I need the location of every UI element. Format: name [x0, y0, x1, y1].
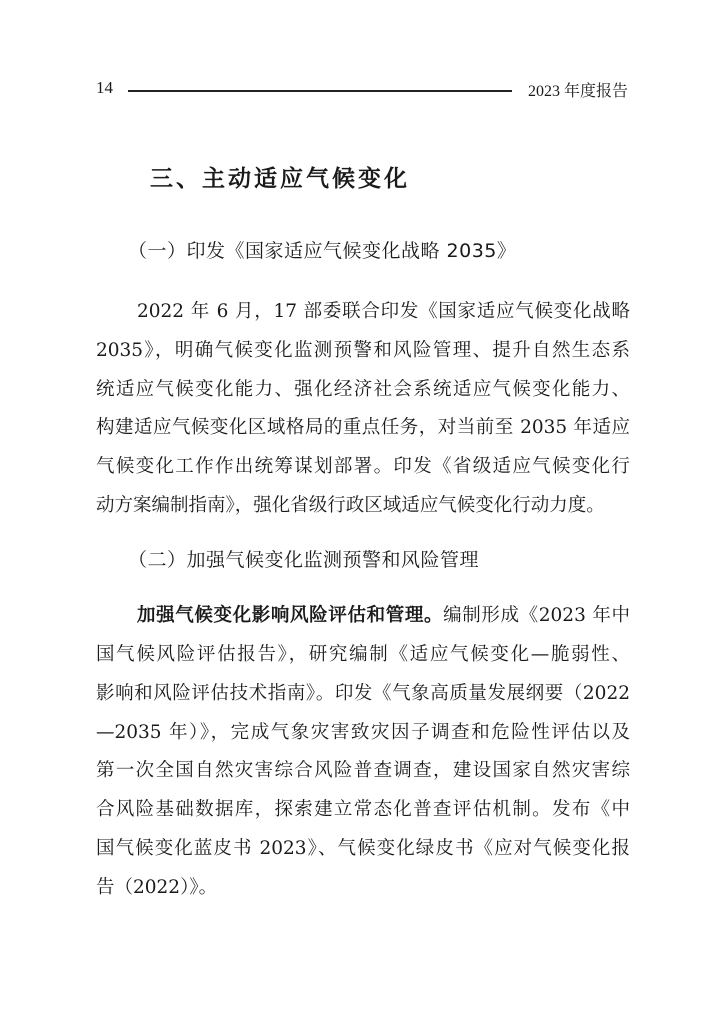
page-number: 14 [96, 78, 113, 98]
paragraph-line: 气候变化工作作出统筹谋划部署。印发《省级适应气候变化行 [96, 452, 630, 478]
paragraph-line: —2035 年）》，完成气象灾害致灾因子调查和危险性评估以及 [96, 718, 630, 744]
paragraph-line: 国气候变化蓝皮书 2023》、气候变化绿皮书《应对气候变化报 [96, 834, 630, 860]
paragraph-line: 2035》，明确气候变化监测预警和风险管理、提升自然生态系 [96, 336, 630, 362]
paragraph-line: 统适应气候变化能力、强化经济社会系统适应气候变化能力、 [96, 375, 630, 401]
paragraph-line: 构建适应气候变化区域格局的重点任务，对当前至 2035 年适应 [96, 413, 630, 439]
subsection-heading-1: （一）印发《国家适应气候变化战略 2035》 [128, 236, 516, 263]
paragraph-line-lead: 加强气候变化影响风险评估和管理。编制形成《2023 年中 [137, 601, 630, 627]
section-title: 三、主动适应气候变化 [150, 160, 410, 193]
header-rule [128, 90, 512, 92]
lead-rest: 编制形成《2023 年中 [443, 605, 630, 626]
paragraph-line: 合风险基础数据库，探索建立常态化普查评估机制。发布《中 [96, 795, 630, 821]
report-title: 2023 年度报告 [528, 78, 628, 101]
paragraph-line: 影响和风险评估技术指南》。印发《气象高质量发展纲要（2022 [96, 679, 630, 705]
paragraph-line: 告（2022）》。 [96, 873, 630, 899]
subsection-heading-2: （二）加强气候变化监测预警和风险管理 [128, 545, 479, 572]
paragraph-line: 动方案编制指南》，强化省级行政区域适应气候变化行动力度。 [96, 491, 630, 517]
paragraph-line: 2022 年 6 月，17 部委联合印发《国家适应气候变化战略 [137, 297, 630, 323]
paragraph-line: 第一次全国自然灾害综合风险普查调查，建设国家自然灾害综 [96, 756, 630, 782]
bold-lead: 加强气候变化影响风险评估和管理。 [137, 605, 443, 626]
paragraph-line: 国气候风险评估报告》，研究编制《适应气候变化—脆弱性、 [96, 640, 630, 666]
